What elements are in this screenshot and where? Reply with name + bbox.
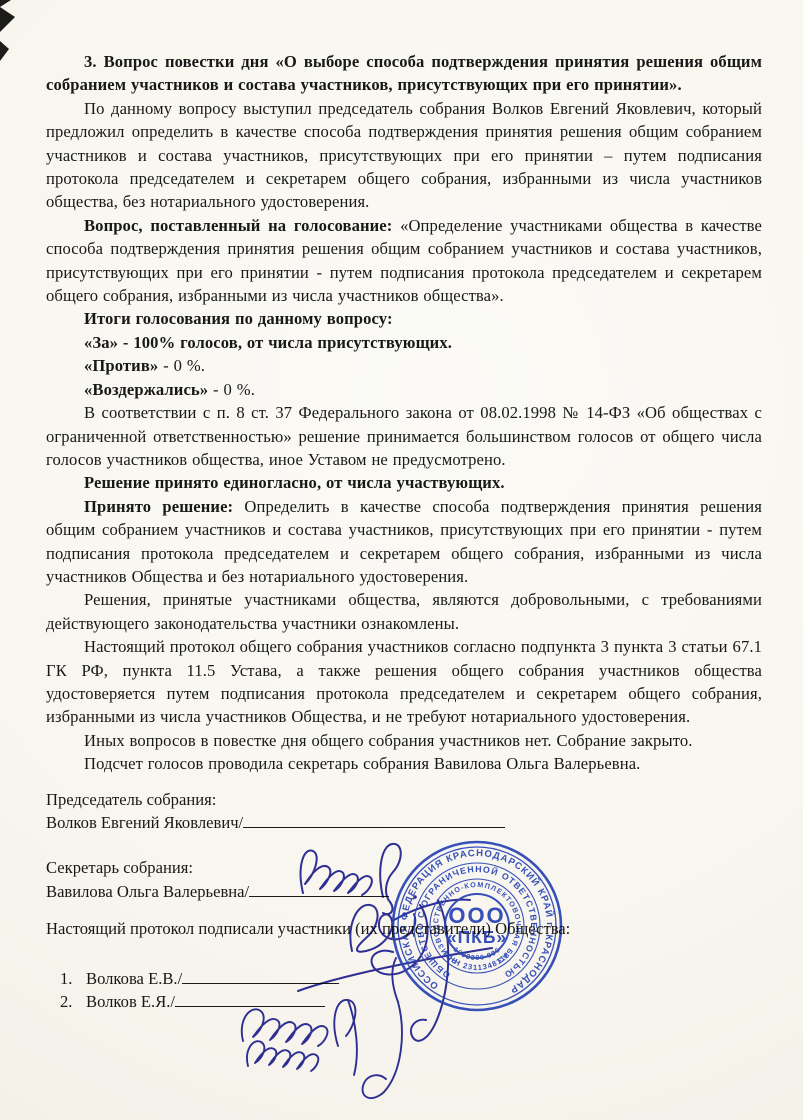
text-run: - 0 %. <box>158 356 205 375</box>
participant-number: 1. <box>46 967 86 990</box>
participant-signature-line <box>175 991 325 1007</box>
paragraph-votes-against: «Против» - 0 %. <box>46 354 762 377</box>
paragraph-decision-adopted: Принято решение: Определить в качестве с… <box>46 495 762 589</box>
paragraph-speaker-statement: По данному вопросу выступил председатель… <box>46 97 762 214</box>
text-run: Принято решение: <box>84 497 233 516</box>
text-run: «Воздержались» <box>84 380 208 399</box>
scanned-protocol-page: 3. Вопрос повестки дня «О выборе способа… <box>0 0 803 1120</box>
text-run: «Против» <box>84 356 158 375</box>
paragraph-meeting-closed: Иных вопросов в повестке дня общего собр… <box>46 729 762 752</box>
paragraph-voting-question: Вопрос, поставленный на голосование: «Оп… <box>46 214 762 308</box>
paragraph-vote-count-note: Подсчет голосов проводила секретарь собр… <box>46 752 762 775</box>
text-run: Решения, принятые участниками общества, … <box>46 590 762 632</box>
participant-number: 2. <box>46 990 86 1013</box>
participant-signature-line <box>182 968 339 984</box>
text-run: «За» - 100% голосов, от числа присутству… <box>84 333 452 352</box>
text-run: Настоящий протокол общего собрания участ… <box>46 637 762 726</box>
participants-list: 1.Волкова Е.В./ 2.Волков Е.Я./ <box>46 967 762 1014</box>
chairman-signature-row: Волков Евгений Яковлевич/ <box>46 811 762 834</box>
scan-artifact-specks <box>0 0 15 61</box>
text-run: Решение принято единогласно, от числа уч… <box>84 473 505 492</box>
paragraph-agenda-question: 3. Вопрос повестки дня «О выборе способа… <box>46 50 762 97</box>
secretary-signature-row: Вавилова Ольга Валерьевна/ <box>46 880 762 903</box>
paragraph-certification-clause: Настоящий протокол общего собрания участ… <box>46 635 762 729</box>
protocol-body: 3. Вопрос повестки дня «О выборе способа… <box>46 50 762 1013</box>
secretary-label: Секретарь собрания: <box>46 856 762 879</box>
participant-row: 2.Волков Е.Я./ <box>46 990 762 1013</box>
participant-name: Волков Е.Я./ <box>86 992 175 1011</box>
chairman-label: Председатель собрания: <box>46 788 762 811</box>
text-run: - 0 %. <box>208 380 255 399</box>
text-run: По данному вопросу выступил председатель… <box>46 99 762 212</box>
secretary-signature-line <box>249 881 389 897</box>
paragraph-votes-abstained: «Воздержались» - 0 %. <box>46 378 762 401</box>
paragraph-voluntary-note: Решения, принятые участниками общества, … <box>46 588 762 635</box>
signature-section: Председатель собрания: Волков Евгений Як… <box>46 788 762 1014</box>
text-run: В соответствии с п. 8 ст. 37 Федеральног… <box>46 403 762 469</box>
paragraph-decision-unanimous: Решение принято единогласно, от числа уч… <box>46 471 762 494</box>
paragraph-votes-for: «За» - 100% голосов, от числа присутству… <box>46 331 762 354</box>
text-run: Итоги голосования по данному вопросу: <box>84 309 393 328</box>
paragraph-law-reference: В соответствии с п. 8 ст. 37 Федеральног… <box>46 401 762 471</box>
paragraph-voting-results-heading: Итоги голосования по данному вопросу: <box>46 307 762 330</box>
chairman-name: Волков Евгений Яковлевич/ <box>46 813 243 832</box>
chairman-signature-line <box>243 812 505 828</box>
text-run: Иных вопросов в повестке дня общего собр… <box>84 731 692 750</box>
text-run: Подсчет голосов проводила секретарь собр… <box>84 754 640 773</box>
participant-name: Волкова Е.В./ <box>86 969 182 988</box>
participants-heading: Настоящий протокол подписали участники (… <box>46 917 762 940</box>
secretary-name: Вавилова Ольга Валерьевна/ <box>46 882 249 901</box>
participant-row: 1.Волкова Е.В./ <box>46 967 762 990</box>
text-run: 3. Вопрос повестки дня «О выборе способа… <box>46 52 762 94</box>
text-run: Вопрос, поставленный на голосование: <box>84 216 392 235</box>
